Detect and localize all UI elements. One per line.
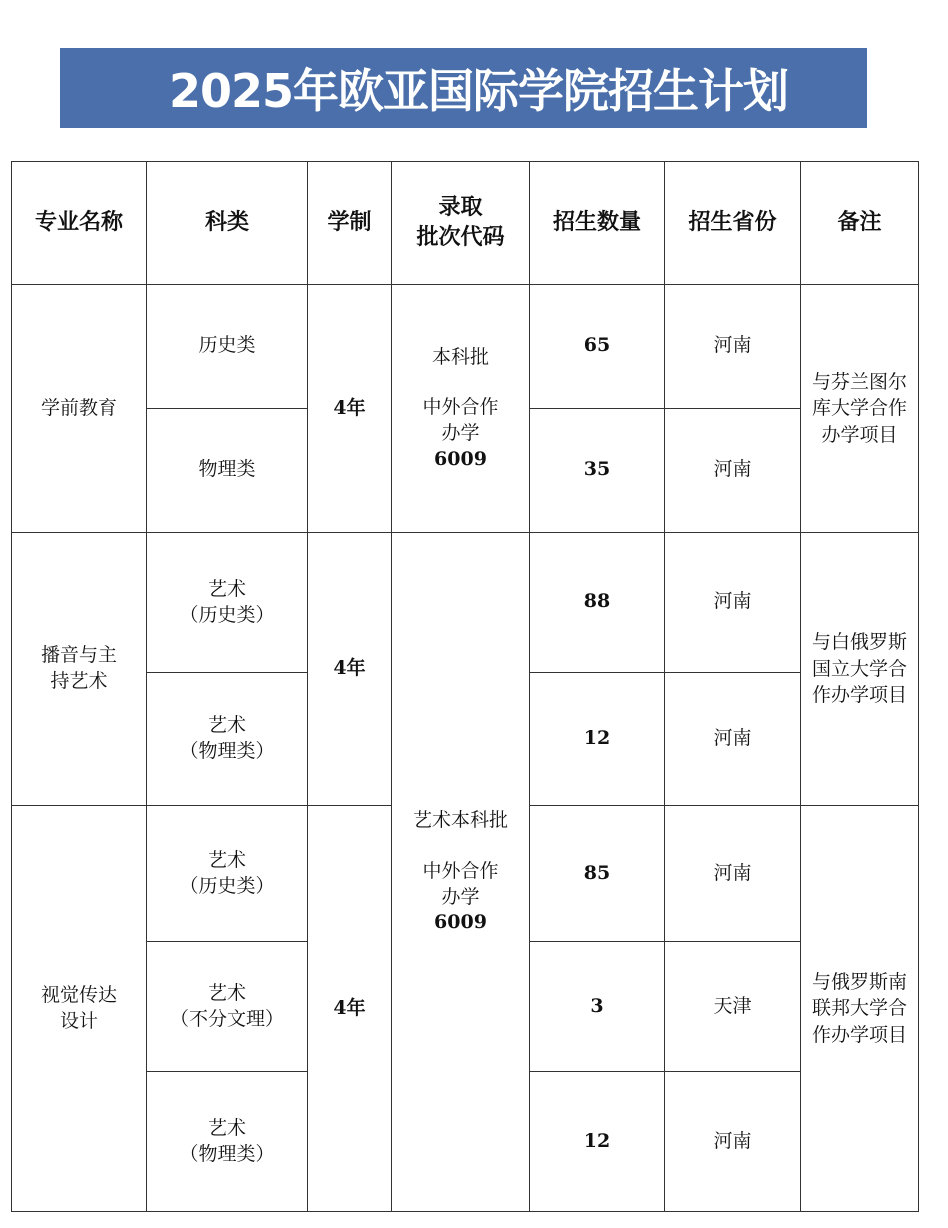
province-cell: 河南: [665, 533, 801, 673]
header-batch-code: 录取 批次代码: [392, 162, 530, 285]
province-cell: 河南: [665, 1072, 801, 1212]
province-cell: 河南: [665, 285, 801, 409]
count-cell: 35: [530, 409, 665, 533]
count-cell: 12: [530, 1072, 665, 1212]
count-cell: 88: [530, 533, 665, 673]
header-count: 招生数量: [530, 162, 665, 285]
count-cell: 85: [530, 806, 665, 942]
header-category: 科类: [147, 162, 308, 285]
page-title: 2025年欧亚国际学院招生计划: [139, 55, 788, 121]
header-duration: 学制: [308, 162, 392, 285]
note-cell: 与俄罗斯南联邦大学合作办学项目: [801, 806, 919, 1212]
batch-cell: 本科批 中外合作 办学 6009: [392, 285, 530, 533]
duration-cell: 4年: [308, 806, 392, 1212]
note-cell: 与白俄罗斯国立大学合作办学项目: [801, 533, 919, 806]
category-cell: 物理类: [147, 409, 308, 533]
major-cell: 学前教育: [12, 285, 147, 533]
header-note: 备注: [801, 162, 919, 285]
table-row: 播音与主持艺术 艺术 （历史类） 4年 艺术本科批 中外合作 办学 6009 8…: [12, 533, 919, 673]
category-cell: 艺术 （物理类）: [147, 673, 308, 806]
table-header-row: 专业名称 科类 学制 录取 批次代码 招生数量 招生省份 备注: [12, 162, 919, 285]
duration-cell: 4年: [308, 533, 392, 806]
category-cell: 艺术 （不分文理）: [147, 942, 308, 1072]
table-row: 学前教育 历史类 4年 本科批 中外合作 办学 6009 65 河南 与芬兰图尔…: [12, 285, 919, 409]
count-cell: 12: [530, 673, 665, 806]
header-province: 招生省份: [665, 162, 801, 285]
category-cell: 艺术 （历史类）: [147, 533, 308, 673]
major-cell: 视觉传达设计: [12, 806, 147, 1212]
province-cell: 天津: [665, 942, 801, 1072]
province-cell: 河南: [665, 806, 801, 942]
duration-cell: 4年: [308, 285, 392, 533]
art-batch-cell: 艺术本科批 中外合作 办学 6009: [392, 533, 530, 1212]
count-cell: 3: [530, 942, 665, 1072]
admission-plan-table: 专业名称 科类 学制 录取 批次代码 招生数量 招生省份 备注 学前教育 历史类…: [11, 161, 919, 1212]
major-cell: 播音与主持艺术: [12, 533, 147, 806]
note-cell: 与芬兰图尔库大学合作办学项目: [801, 285, 919, 533]
province-cell: 河南: [665, 673, 801, 806]
title-banner: 2025年欧亚国际学院招生计划: [60, 48, 867, 128]
province-cell: 河南: [665, 409, 801, 533]
count-cell: 65: [530, 285, 665, 409]
category-cell: 艺术 （历史类）: [147, 806, 308, 942]
category-cell: 历史类: [147, 285, 308, 409]
header-major: 专业名称: [12, 162, 147, 285]
category-cell: 艺术 （物理类）: [147, 1072, 308, 1212]
